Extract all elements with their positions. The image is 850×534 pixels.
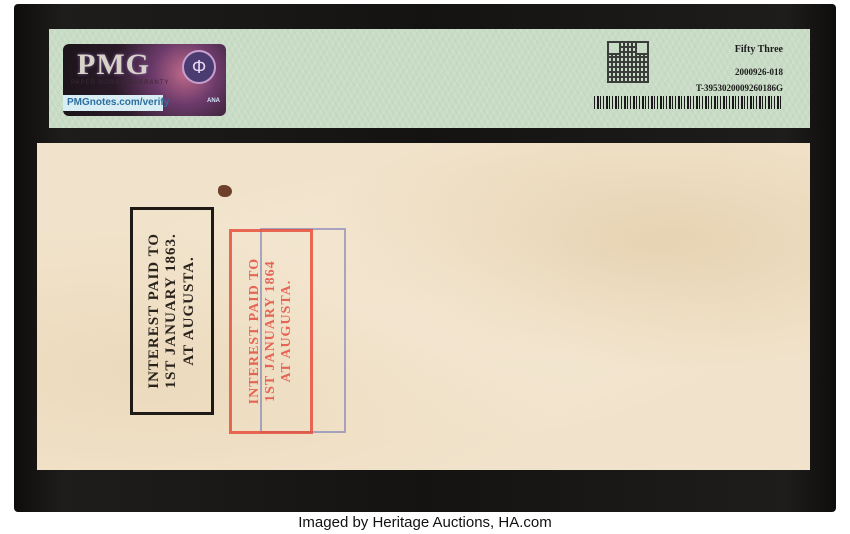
stain-spot [218,185,232,197]
grade-text: Fifty Three [735,44,783,55]
pmg-hologram: PMG Φ PAPER MONEY GUARANTY PMGnotes.com/… [63,44,226,116]
pmg-subtitle: PAPER MONEY GUARANTY [71,80,169,86]
barcode-icon [594,96,783,109]
stamp-line: AT AUGUSTA. [279,258,295,404]
cert-number: 2000926-018 [735,67,783,77]
serial-code: T-3953020009260186G [696,83,783,93]
stamp-line: AT AUGUSTA. [181,233,198,389]
ana-logo: ANA [207,98,220,104]
pmg-logo-text: PMG [77,48,150,82]
qr-code-icon [607,41,649,83]
red-interest-stamp: INTEREST PAID TO 1ST JANUARY 1864 AT AUG… [229,229,313,434]
black-interest-stamp: INTEREST PAID TO 1ST JANUARY 1863. AT AU… [130,207,214,415]
stamp-line: INTEREST PAID TO [247,258,263,404]
image-credit-caption: Imaged by Heritage Auctions, HA.com [0,514,850,531]
globe-icon: Φ [182,50,216,84]
stamp-line: INTEREST PAID TO [146,233,163,389]
stamp-line: 1ST JANUARY 1864 [263,258,279,404]
stamp-line: 1ST JANUARY 1863. [163,233,180,389]
verify-url: PMGnotes.com/verify [63,95,163,111]
